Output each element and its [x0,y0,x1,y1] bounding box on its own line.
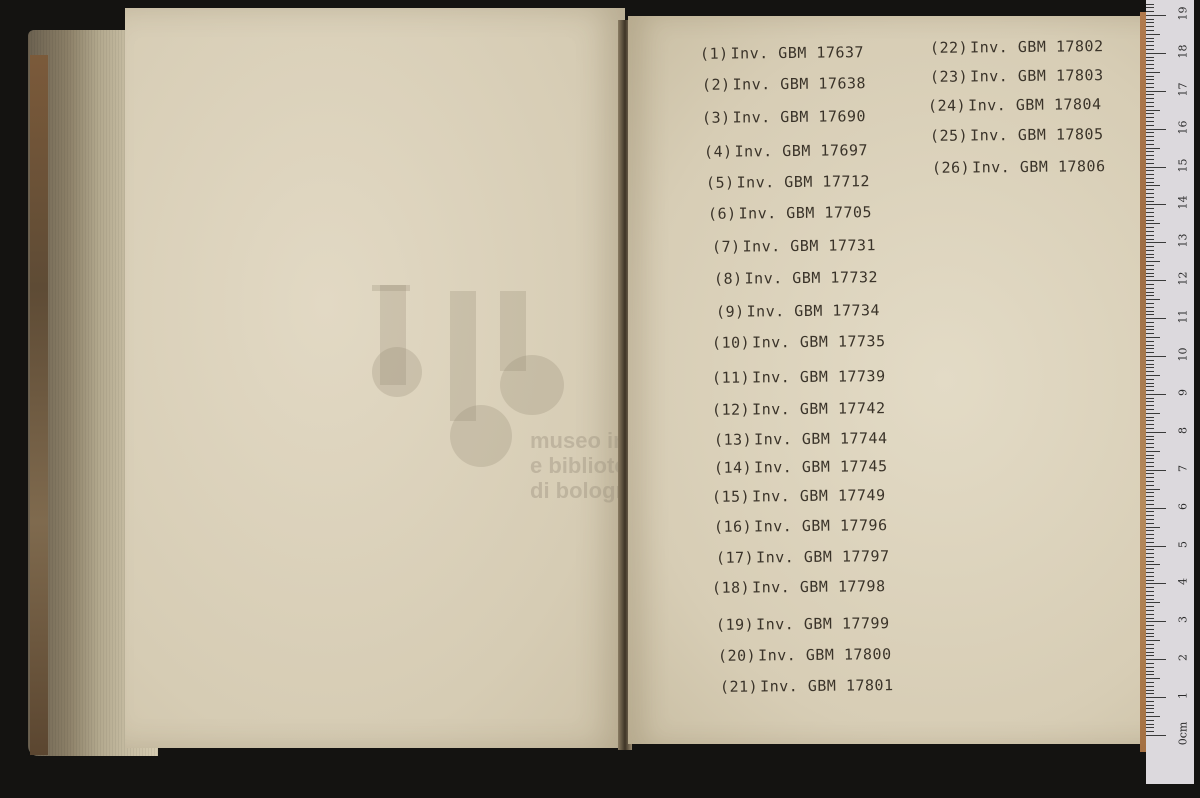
ruler-tick [1146,106,1154,107]
ruler-tick [1146,697,1166,698]
ruler-tick [1146,409,1154,410]
ruler-tick [1146,477,1154,478]
ruler-tick [1146,602,1160,603]
ruler-tick [1146,280,1166,281]
ruler-tick [1146,239,1154,240]
ruler-tick [1146,625,1154,626]
ruler-tick [1146,417,1154,418]
ruler-tick [1146,83,1154,84]
ruler-tick [1146,292,1154,293]
inventory-entry: (15)Inv. GBM 17749 [712,486,886,506]
ruler-tick [1146,60,1154,61]
ruler-tick [1146,49,1154,50]
ruler-label: 7 [1177,459,1190,477]
ruler-tick [1146,102,1154,103]
ruler-tick [1146,504,1154,505]
ruler-tick [1146,542,1154,543]
ruler-tick [1146,708,1154,709]
ruler-tick [1146,682,1154,683]
ruler-tick [1146,564,1160,565]
cm-ruler: 0cm12345678910111213141516171819 [1146,0,1194,784]
ruler-tick [1146,121,1154,122]
ruler-tick [1146,220,1154,221]
ruler-tick [1146,735,1166,736]
ruler-tick [1146,519,1154,520]
ruler-tick [1146,515,1154,516]
ruler-label: 18 [1177,42,1190,60]
ruler-tick [1146,68,1154,69]
ruler-tick [1146,129,1166,130]
ruler-tick [1146,485,1154,486]
inventory-entry: (26)Inv. GBM 17806 [932,157,1106,177]
ruler-tick [1146,341,1154,342]
ruler-tick [1146,595,1154,596]
ruler-tick [1146,15,1166,16]
ruler-tick [1146,648,1154,649]
ruler-tick [1146,322,1154,323]
ruler-tick [1146,356,1166,357]
ruler-tick [1146,720,1154,721]
ruler-tick [1146,201,1154,202]
ruler-tick [1146,314,1154,315]
ruler-label: 13 [1177,232,1190,250]
inventory-entry: (1)Inv. GBM 17637 [700,43,864,63]
ruler-tick [1146,455,1154,456]
ruler-tick [1146,458,1154,459]
ruler-tick [1146,246,1154,247]
ruler-tick [1146,705,1154,706]
ruler-tick [1146,7,1154,8]
ruler-tick [1146,439,1154,440]
ruler-tick [1146,151,1154,152]
ruler-label: 8 [1177,421,1190,439]
ruler-tick [1146,117,1154,118]
ruler-tick [1146,125,1154,126]
ruler-tick [1146,583,1166,584]
ruler-tick [1146,364,1154,365]
ruler-tick [1146,527,1160,528]
ruler-tick [1146,383,1154,384]
ruler-tick [1146,155,1154,156]
ruler-tick [1146,231,1154,232]
ruler-tick [1146,375,1160,376]
ruler-tick [1146,693,1154,694]
ruler-tick [1146,94,1154,95]
ruler-tick [1146,212,1154,213]
ruler-label: 9 [1177,383,1190,401]
ruler-tick [1146,690,1154,691]
ruler-tick [1146,208,1154,209]
ruler-tick [1146,257,1154,258]
ruler-tick [1146,311,1154,312]
ruler-tick [1146,629,1154,630]
ruler-tick [1146,148,1160,149]
ruler-label: 3 [1177,611,1190,629]
ruler-tick [1146,19,1154,20]
ruler-tick [1146,174,1154,175]
ruler-tick [1146,462,1154,463]
inventory-entry: (24)Inv. GBM 17804 [928,95,1102,115]
ruler-tick [1146,424,1154,425]
ruler-tick [1146,401,1154,402]
ruler-tick [1146,197,1154,198]
ruler-tick [1146,432,1166,433]
ruler-tick [1146,348,1154,349]
ruler-tick [1146,204,1166,205]
ruler-tick [1146,701,1154,702]
ruler-tick [1146,41,1154,42]
inventory-entry: (21)Inv. GBM 17801 [720,676,894,696]
ruler-tick [1146,329,1154,330]
ruler-label: 14 [1177,194,1190,212]
ruler-tick [1146,30,1154,31]
ruler-tick [1146,466,1154,467]
inventory-entry: (4)Inv. GBM 17697 [704,141,868,161]
ruler-tick [1146,318,1166,319]
ruler-tick [1146,227,1154,228]
ruler-tick [1146,606,1154,607]
ruler-tick [1146,76,1154,77]
ruler-tick [1146,235,1154,236]
ruler-tick [1146,38,1154,39]
ruler-tick [1146,110,1160,111]
ruler-tick [1146,473,1154,474]
ruler-tick [1146,261,1160,262]
ruler-tick [1146,276,1154,277]
ruler-tick [1146,34,1160,35]
ruler-label: 2 [1177,649,1190,667]
ruler-tick [1146,250,1154,251]
ruler-tick [1146,636,1154,637]
ruler-tick [1146,428,1154,429]
ruler-tick [1146,678,1160,679]
ruler-tick [1146,557,1154,558]
ruler-tick [1146,22,1154,23]
ruler-tick [1146,712,1154,713]
ruler-tick [1146,394,1166,395]
ruler-label: 15 [1177,156,1190,174]
inventory-entry: (25)Inv. GBM 17805 [930,125,1104,145]
ruler-tick [1146,489,1160,490]
ruler-tick [1146,492,1154,493]
ruler-tick [1146,731,1154,732]
ruler-tick [1146,640,1160,641]
ruler-tick [1146,671,1154,672]
ruler-tick [1146,189,1154,190]
ruler-tick [1146,561,1154,562]
ruler-tick [1146,398,1154,399]
ruler-tick [1146,727,1154,728]
inventory-entry: (16)Inv. GBM 17796 [714,516,888,536]
ruler-label: 16 [1177,118,1190,136]
ruler-tick [1146,716,1160,717]
ruler-label: 17 [1177,80,1190,98]
ruler-tick [1146,553,1154,554]
ruler-tick [1146,307,1154,308]
ruler-tick [1146,223,1160,224]
ruler-tick [1146,64,1154,65]
ruler-tick [1146,352,1154,353]
ruler-tick [1146,254,1154,255]
ruler-tick [1146,136,1154,137]
ruler-tick [1146,451,1160,452]
ruler-tick [1146,686,1154,687]
ruler-tick [1146,420,1154,421]
inventory-entry: (6)Inv. GBM 17705 [708,203,872,223]
ruler-tick [1146,57,1154,58]
ruler-tick [1146,303,1154,304]
ruler-tick [1146,79,1154,80]
ruler-tick [1146,508,1166,509]
ruler-tick [1146,470,1166,471]
inventory-entry: (7)Inv. GBM 17731 [712,236,876,256]
ruler-tick [1146,159,1154,160]
ruler-tick [1146,496,1154,497]
ruler-tick [1146,652,1154,653]
ruler-tick [1146,591,1154,592]
ruler-tick [1146,337,1160,338]
ruler-tick [1146,163,1154,164]
ruler-tick [1146,587,1154,588]
ruler-label: 1 [1177,687,1190,705]
ruler-tick [1146,481,1154,482]
inventory-entry: (8)Inv. GBM 17732 [714,268,878,288]
ruler-tick [1146,333,1154,334]
ruler-tick [1146,193,1154,194]
ruler-tick [1146,265,1154,266]
ruler-tick [1146,500,1154,501]
ruler-tick [1146,371,1154,372]
ruler-label: 0cm [1177,719,1190,749]
ruler-tick [1146,674,1154,675]
ruler-tick [1146,273,1154,274]
ruler-label: 19 [1177,4,1190,22]
inventory-entry: (12)Inv. GBM 17742 [712,399,886,419]
ruler-tick [1146,413,1160,414]
inventory-entry: (20)Inv. GBM 17800 [718,645,892,665]
ruler-tick [1146,390,1154,391]
inventory-entry: (11)Inv. GBM 17739 [712,367,886,387]
ruler-tick [1146,144,1154,145]
ruler-tick [1146,72,1160,73]
ruler-tick [1146,436,1154,437]
ruler-tick [1146,610,1154,611]
ruler-tick [1146,523,1154,524]
ruler-tick [1146,644,1154,645]
inventory-entry: (13)Inv. GBM 17744 [714,429,888,449]
ruler-label: 6 [1177,497,1190,515]
ruler-tick [1146,546,1166,547]
ruler-tick [1146,405,1154,406]
ruler-tick [1146,443,1154,444]
ruler-tick [1146,288,1154,289]
ruler-tick [1146,26,1154,27]
ruler-tick [1146,182,1154,183]
ruler-tick [1146,618,1154,619]
ruler-tick [1146,295,1154,296]
ruler-tick [1146,655,1154,656]
ruler-tick [1146,113,1154,114]
ruler-tick [1146,178,1154,179]
ruler-tick [1146,568,1154,569]
ruler-tick [1146,45,1154,46]
ruler-tick [1146,53,1166,54]
ruler-tick [1146,326,1154,327]
ruler-tick [1146,724,1154,725]
ruler-tick [1146,360,1154,361]
ruler-label: 11 [1177,308,1190,326]
ruler-tick [1146,379,1154,380]
ruler-tick [1146,511,1154,512]
ruler-tick [1146,167,1166,168]
ruler-label: 5 [1177,535,1190,553]
inventory-entry: (3)Inv. GBM 17690 [702,107,866,127]
inventory-entry: (14)Inv. GBM 17745 [714,457,888,477]
ruler-tick [1146,534,1154,535]
ruler-tick [1146,576,1154,577]
ruler-tick [1146,614,1154,615]
ruler-tick [1146,284,1154,285]
ruler-tick [1146,269,1154,270]
ruler-tick [1146,447,1154,448]
inventory-entry: (22)Inv. GBM 17802 [930,37,1104,57]
ruler-tick [1146,538,1154,539]
ruler-tick [1146,140,1154,141]
ruler-tick [1146,185,1160,186]
ruler-tick [1146,299,1160,300]
ruler-tick [1146,659,1166,660]
inventory-entry: (2)Inv. GBM 17638 [702,74,866,94]
ruler-tick [1146,98,1154,99]
ruler-tick [1146,170,1154,171]
ruler-tick [1146,633,1154,634]
ruler-label: 4 [1177,573,1190,591]
ruler-tick [1146,621,1166,622]
book-spine-cover [30,55,48,755]
ruler-tick [1146,367,1154,368]
ruler-label: 10 [1177,346,1190,364]
inventory-entry: (9)Inv. GBM 17734 [716,301,880,321]
ruler-tick [1146,4,1154,5]
ruler-tick [1146,216,1154,217]
ruler-tick [1146,599,1154,600]
inventory-entry: (17)Inv. GBM 17797 [716,547,890,567]
ruler-label: 12 [1177,270,1190,288]
ruler-tick [1146,530,1154,531]
ruler-tick [1146,667,1154,668]
ruler-tick [1146,87,1154,88]
ruler-tick [1146,242,1166,243]
inventory-entry: (5)Inv. GBM 17712 [706,172,870,192]
ruler-tick [1146,11,1154,12]
ruler-tick [1146,549,1154,550]
inventory-entry: (19)Inv. GBM 17799 [716,614,890,634]
ruler-tick [1146,345,1154,346]
ruler-tick [1146,132,1154,133]
inventory-entry: (18)Inv. GBM 17798 [712,577,886,597]
ruler-tick [1146,386,1154,387]
ruler-tick [1146,580,1154,581]
inventory-entry: (10)Inv. GBM 17735 [712,332,886,352]
inventory-entry: (23)Inv. GBM 17803 [930,66,1104,86]
ruler-tick [1146,572,1154,573]
ruler-tick [1146,91,1166,92]
ruler-tick [1146,663,1154,664]
